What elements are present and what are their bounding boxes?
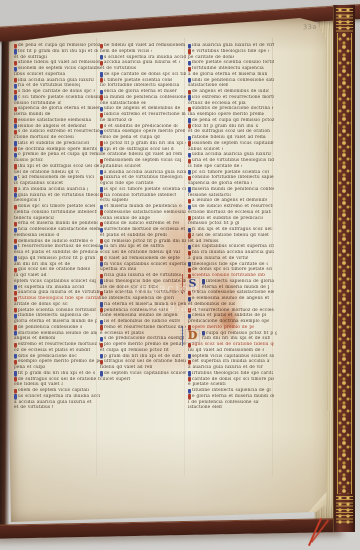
paragraph-mark-blue	[100, 187, 103, 191]
paragraph-mark-red	[100, 325, 103, 329]
paragraph-mark-red	[14, 164, 17, 168]
parchment-stain	[211, 278, 239, 340]
parchment-stain	[221, 311, 236, 329]
paragraph-mark-red	[14, 389, 17, 393]
paragraph-mark-red	[100, 95, 103, 99]
paragraph-mark-blue	[100, 371, 103, 375]
paragraph-mark-blue	[188, 389, 191, 393]
paragraph-mark-blue	[14, 176, 17, 180]
gold-tooling-corner-bottom	[336, 496, 353, 524]
paragraph-mark-red	[14, 61, 17, 65]
text-column-1: de pena et culpa qd remissio pctoz fit p…	[14, 43, 100, 423]
paragraph-mark-blue	[100, 320, 103, 324]
paragraph-mark-red	[100, 159, 103, 163]
paragraph-mark-red	[188, 159, 191, 163]
paragraph-mark-blue	[100, 130, 103, 134]
paragraph-mark-red	[14, 44, 17, 48]
paragraph-mark-blue	[100, 55, 103, 59]
paragraph-mark-blue	[14, 354, 17, 358]
text-line: cilicet superbia ira inuidia accidia aua…	[100, 377, 186, 383]
paragraph-mark-blue	[14, 95, 17, 99]
paragraph-mark-red	[14, 205, 17, 209]
paragraph-mark-blue	[188, 187, 191, 191]
paragraph-mark-red	[188, 49, 191, 53]
paragraph-mark-blue	[188, 95, 191, 99]
paragraph-mark-red	[100, 176, 103, 180]
paragraph-mark-red	[188, 107, 191, 111]
paragraph-mark-blue	[14, 49, 17, 53]
folio-number: 33a	[303, 23, 317, 31]
paragraph-mark-blue	[100, 205, 103, 209]
paragraph-mark-red	[14, 130, 17, 134]
paragraph-mark-red	[100, 44, 103, 48]
paragraph-mark-red	[100, 222, 103, 226]
paragraph-mark-red	[100, 61, 103, 65]
paragraph-mark-red	[188, 176, 191, 180]
paragraph-mark-red	[100, 124, 103, 128]
paragraph-mark-red	[100, 343, 103, 347]
paragraph-mark-red	[14, 78, 17, 82]
paragraph-mark-blue	[100, 170, 103, 174]
paragraph-mark-red	[14, 325, 17, 329]
book-cover-bottom-edge	[0, 518, 342, 539]
parchment-page: de pena et culpa qd remissio pctoz fit p…	[6, 16, 336, 522]
paragraph-mark-blue	[188, 170, 191, 174]
paragraph-mark-blue	[14, 153, 17, 157]
paragraph-mark-red	[14, 118, 17, 122]
paragraph-mark-red	[100, 113, 103, 117]
paragraph-mark-red	[188, 377, 191, 381]
paragraph-mark-blue	[14, 84, 17, 88]
paragraph-mark-red	[14, 360, 17, 364]
paragraph-mark-red	[100, 210, 103, 214]
parchment-stain	[126, 346, 196, 372]
paragraph-mark-red	[14, 147, 17, 151]
paragraph-mark-red	[100, 78, 103, 82]
paragraph-mark-blue	[188, 153, 191, 157]
text-line: et de virtutibus theologicis fide spe ca…	[14, 405, 100, 411]
script-text: cilicet superbia ira inuidia accidia aua…	[100, 377, 130, 383]
paragraph-mark-blue	[188, 44, 191, 48]
paragraph-mark-blue	[188, 371, 191, 375]
paragraph-mark-red	[14, 90, 17, 94]
paragraph-mark-blue	[188, 118, 191, 122]
paragraph-mark-blue	[188, 205, 191, 209]
paragraph-mark-red	[188, 67, 191, 71]
paragraph-mark-blue	[14, 314, 17, 318]
paragraph-mark-red	[14, 291, 17, 295]
paragraph-mark-red	[14, 377, 17, 381]
paragraph-mark-red	[188, 199, 191, 203]
script-text: et de virtutibus theologicis fide spe ca…	[14, 405, 53, 411]
paragraph-mark-blue	[14, 331, 17, 335]
paragraph-mark-blue	[14, 245, 17, 249]
gold-tooling-corner-top	[336, 8, 353, 32]
paragraph-mark-blue	[100, 147, 103, 151]
book-cover-right	[333, 5, 355, 532]
paragraph-mark-red	[100, 360, 103, 364]
parchment-stain	[166, 201, 192, 311]
paragraph-mark-blue	[100, 90, 103, 94]
paragraph-mark-blue	[100, 72, 103, 76]
paragraph-mark-blue	[14, 193, 17, 197]
paragraph-mark-blue	[188, 136, 191, 140]
paragraph-mark-blue	[14, 285, 17, 289]
paragraph-mark-blue	[14, 394, 17, 398]
paragraph-mark-blue	[14, 256, 17, 260]
ribbon-bookmark	[306, 515, 336, 550]
paragraph-mark-blue	[14, 371, 17, 375]
paragraph-mark-red	[100, 141, 103, 145]
paragraph-mark-blue	[188, 78, 191, 82]
paragraph-mark-red	[100, 193, 103, 197]
paragraph-mark-blue	[14, 124, 17, 128]
paragraph-mark-red	[14, 239, 17, 243]
paragraph-mark-blue	[14, 67, 17, 71]
paragraph-mark-blue	[100, 245, 103, 249]
paragraph-mark-blue	[100, 354, 103, 358]
paragraph-mark-blue	[100, 337, 103, 341]
paragraph-mark-red	[14, 297, 17, 301]
paragraph-mark-red	[14, 187, 17, 191]
paragraph-mark-blue	[100, 107, 103, 111]
paragraph-mark-red	[188, 124, 191, 128]
paragraph-mark-red	[14, 107, 17, 111]
paragraph-mark-red	[188, 90, 191, 94]
paragraph-mark-red	[14, 308, 17, 312]
paragraph-mark-red	[188, 141, 191, 145]
paragraph-mark-red	[14, 343, 17, 347]
script-text: isfactione elemosina ieiunio de angelis …	[188, 405, 222, 411]
paragraph-mark-red	[14, 222, 17, 226]
paragraph-mark-blue	[188, 61, 191, 65]
paragraph-mark-blue	[14, 141, 17, 145]
paragraph-mark-red	[188, 394, 191, 398]
gold-tooling-border	[337, 33, 352, 494]
text-line: isfactione elemosina ieiunio de angelis …	[188, 405, 274, 411]
paragraph-mark-blue	[100, 228, 103, 232]
paragraph-mark-red	[100, 239, 103, 243]
paragraph-mark-red	[14, 268, 17, 272]
paragraph-mark-blue	[14, 228, 17, 232]
